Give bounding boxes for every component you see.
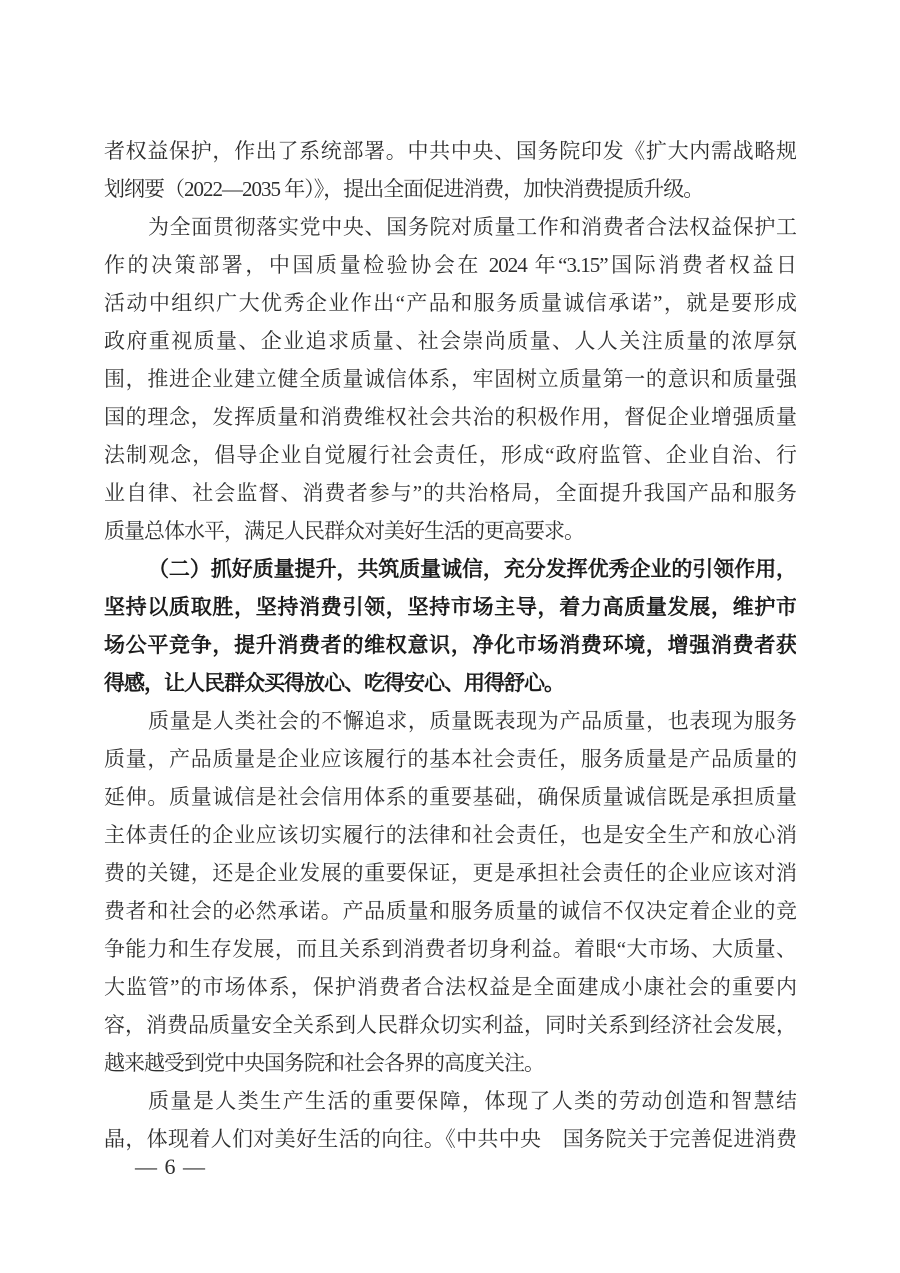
text-line: 容，消费品质量安全关系到人民群众切实利益，同时关系到经济社会发展，	[104, 1006, 796, 1044]
text-line: 质量是人类社会的不懈追求，质量既表现为产品质量，也表现为服务	[104, 702, 796, 740]
text-line: 者权益保护，作出了系统部署。中共中央、国务院印发《扩大内需战略规	[104, 132, 796, 170]
text-line: 费的关键，还是企业发展的重要保证，更是承担社会责任的企业应该对消	[104, 854, 796, 892]
text-line: 国的理念，发挥质量和消费维权社会共治的积极作用，督促企业增强质量	[104, 398, 796, 436]
text-line: 作的决策部署，中国质量检验协会在 2024 年“3.15”国际消费者权益日	[104, 246, 796, 284]
text-line: 晶，体现着人们对美好生活的向往。《中共中央 国务院关于完善促进消费	[104, 1120, 796, 1158]
text-line: 划纲要（2022—2035 年）》，提出全面促进消费，加快消费提质升级。	[104, 170, 796, 208]
text-line: 费者和社会的必然承诺。产品质量和服务质量的诚信不仅决定着企业的竞	[104, 892, 796, 930]
text-line: 业自律、社会监督、消费者参与”的共治格局，全面提升我国产品和服务	[104, 474, 796, 512]
bold-text-line: 场公平竞争，提升消费者的维权意识，净化市场消费环境，增强消费者获	[104, 626, 796, 664]
bold-text-line: 得感，让人民群众买得放心、吃得安心、用得舒心。	[104, 664, 796, 702]
text-line: 大监管”的市场体系，保护消费者合法权益是全面建成小康社会的重要内	[104, 968, 796, 1006]
text-line: 争能力和生存发展，而且关系到消费者切身利益。着眼“大市场、大质量、	[104, 930, 796, 968]
text-line: 活动中组织广大优秀企业作出“产品和服务质量诚信承诺”，就是要形成	[104, 284, 796, 322]
text-line: 政府重视质量、企业追求质量、社会崇尚质量、人人关注质量的浓厚氛	[104, 322, 796, 360]
bold-text-line: 坚持以质取胜，坚持消费引领，坚持市场主导，着力高质量发展，维护市	[104, 588, 796, 626]
text-line: 越来越受到党中央国务院和社会各界的高度关注。	[104, 1044, 796, 1082]
document-page: 者权益保护，作出了系统部署。中共中央、国务院印发《扩大内需战略规划纲要（2022…	[0, 0, 900, 1273]
text-line: 主体责任的企业应该切实履行的法律和社会责任，也是安全生产和放心消	[104, 816, 796, 854]
text-line: 延伸。质量诚信是社会信用体系的重要基础，确保质量诚信既是承担质量	[104, 778, 796, 816]
text-line: 质量，产品质量是企业应该履行的基本社会责任，服务质量是产品质量的	[104, 740, 796, 778]
text-line: 质量是人类生产生活的重要保障，体现了人类的劳动创造和智慧结	[104, 1082, 796, 1120]
bold-text-line: （二）抓好质量提升，共筑质量诚信，充分发挥优秀企业的引领作用，	[104, 550, 796, 588]
text-line: 质量总体水平，满足人民群众对美好生活的更高要求。	[104, 512, 796, 550]
text-line: 围，推进企业建立健全质量诚信体系，牢固树立质量第一的意识和质量强	[104, 360, 796, 398]
page-number: — 6 —	[135, 1148, 206, 1186]
document-body: 者权益保护，作出了系统部署。中共中央、国务院印发《扩大内需战略规划纲要（2022…	[104, 132, 796, 1158]
text-line: 为全面贯彻落实党中央、国务院对质量工作和消费者合法权益保护工	[104, 208, 796, 246]
text-line: 法制观念，倡导企业自觉履行社会责任，形成“政府监管、企业自治、行	[104, 436, 796, 474]
